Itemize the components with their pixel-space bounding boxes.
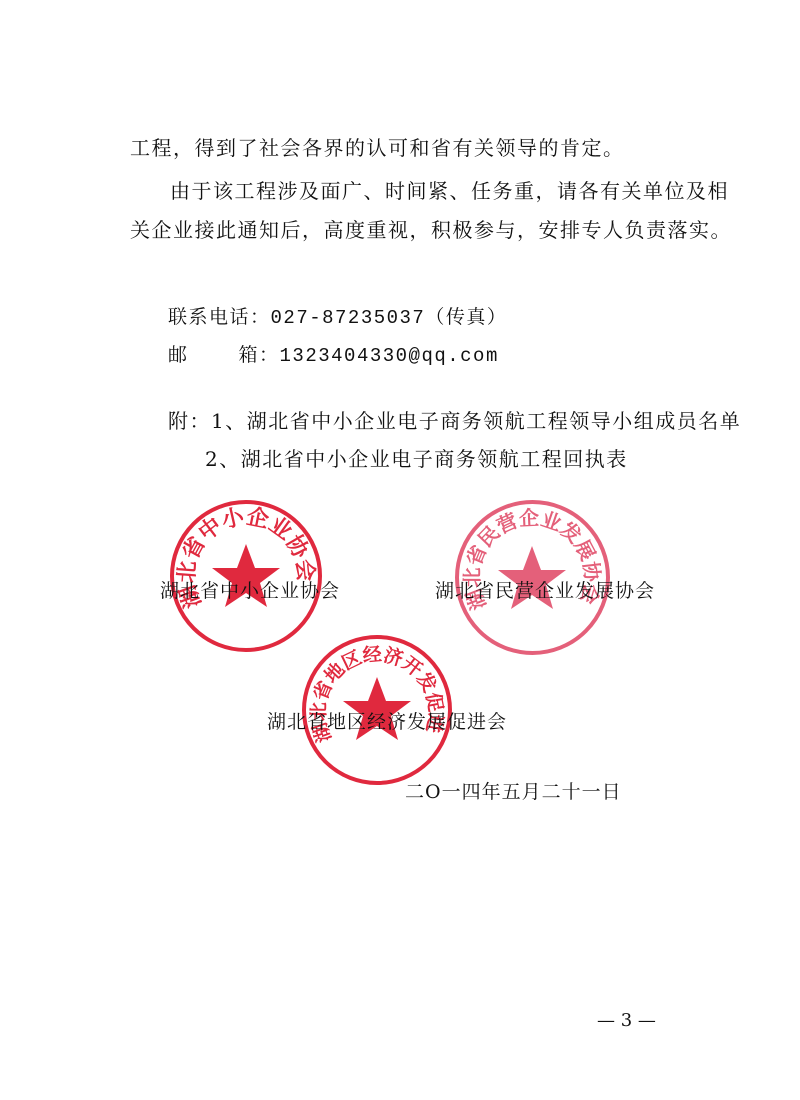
paragraph-2-line-1: 由于该工程涉及面广、时间紧、任务重，请各有关单位及相 [170, 175, 729, 204]
phone-value: 027-87235037（传真） [271, 307, 508, 329]
page-number: — 3 — [597, 1010, 656, 1031]
contact-email: 邮箱：1323404330@qq.com [168, 340, 499, 367]
signature-org-2: 湖北省民营企业发展协会 [435, 576, 655, 603]
attachment-prefix: 附： [168, 409, 211, 433]
attachment-item-1: 1、湖北省中小企业电子商务领航工程领导小组成员名单 [211, 409, 741, 433]
contact-phone: 联系电话：027-87235037（传真） [168, 302, 507, 329]
email-label-part1: 邮 [168, 344, 189, 366]
signature-date: 二O一四年五月二十一日 [405, 777, 622, 804]
email-label-part2: 箱： [239, 344, 280, 366]
phone-label: 联系电话： [168, 306, 271, 328]
paragraph-2-line-2: 关企业接此通知后，高度重视，积极参与，安排专人负责落实。 [130, 214, 732, 243]
signature-org-1: 湖北省中小企业协会 [160, 576, 340, 603]
signature-org-3: 湖北省地区经济发展促进会 [267, 707, 507, 734]
paragraph-1-tail: 工程，得到了社会各界的认可和省有关领导的肯定。 [130, 132, 625, 161]
email-value: 1323404330@qq.com [280, 345, 499, 367]
attachment-2: 2、湖北省中小企业电子商务领航工程回执表 [205, 443, 628, 472]
attachment-1: 附：1、湖北省中小企业电子商务领航工程领导小组成员名单 [168, 405, 741, 434]
